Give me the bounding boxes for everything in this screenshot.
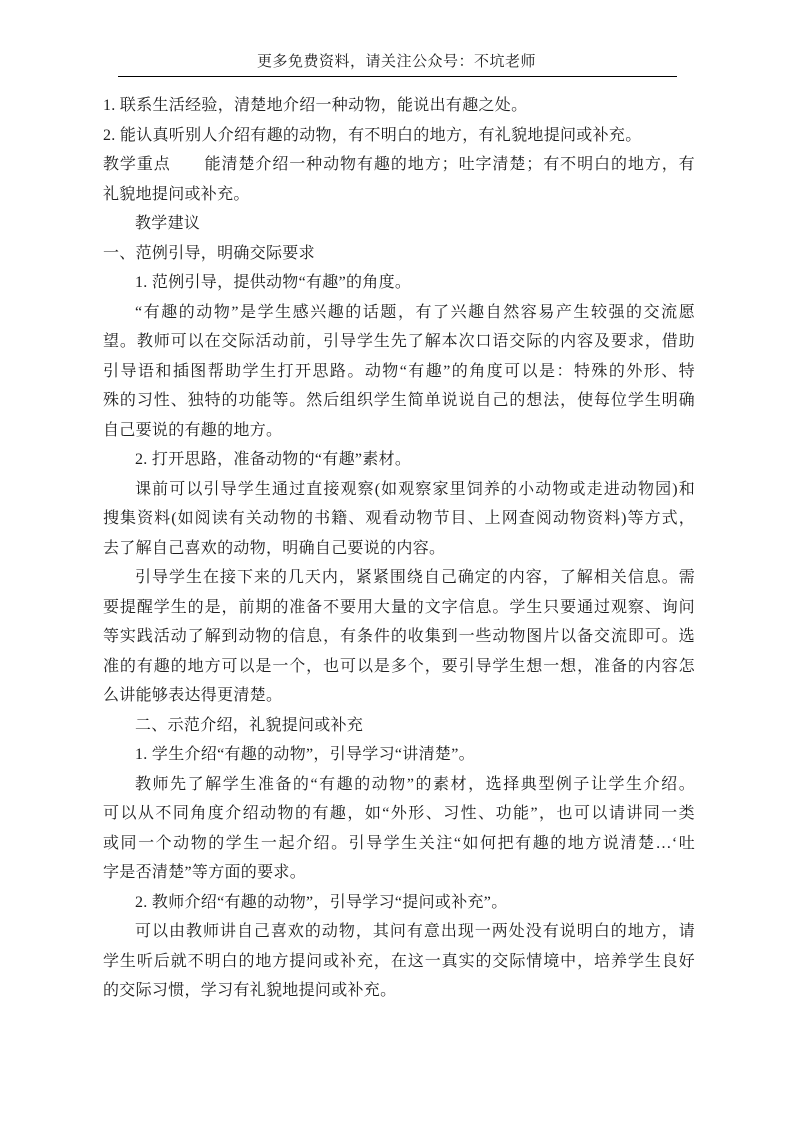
text-line: 课前可以引导学生通过直接观察(如观察家里饲养的小动物或走进动物园)和 (103, 475, 695, 505)
text-line: 1. 学生介绍“有趣的动物”，引导学习“讲清楚”。 (103, 740, 695, 770)
text-line: 去了解自己喜欢的动物，明确自己要说的内容。 (103, 534, 695, 564)
text-line: 引导学生在接下来的几天内，紧紧围绕自己确定的内容，了解相关信息。需 (103, 563, 695, 593)
text-line: 么讲能够表达得更清楚。 (103, 681, 695, 711)
text-line: 可以由教师讲自己喜欢的动物，其问有意出现一两处没有说明白的地方，请 (103, 917, 695, 947)
text-line: 或同一个动物的学生一起介绍。引导学生关注“如何把有趣的地方说清楚…‘吐 (103, 829, 695, 859)
text-line: 教学重点 能清楚介绍一种动物有趣的地方；吐字清楚；有不明白的地方，有 (103, 150, 695, 180)
text-line: 1. 范例引导，提供动物“有趣”的角度。 (103, 268, 695, 298)
text-line: 2. 教师介绍“有趣的动物”，引导学习“提问或补充”。 (103, 888, 695, 918)
text-line: 1. 联系生活经验，清楚地介绍一种动物，能说出有趣之处。 (103, 91, 695, 121)
header-promo-text: 更多免费资料，请关注公众号：不坑老师 (0, 50, 793, 71)
text-line: 2. 打开思路，准备动物的“有趣”素材。 (103, 445, 695, 475)
document-body: 1. 联系生活经验，清楚地介绍一种动物，能说出有趣之处。2. 能认真听别人介绍有… (103, 91, 695, 1006)
text-line: 字是否清楚”等方面的要求。 (103, 858, 695, 888)
text-line: 要提醒学生的是，前期的准备不要用大量的文字信息。学生只要通过观察、询问 (103, 593, 695, 623)
text-line: 殊的习性、独特的功能等。然后组织学生简单说说自己的想法，使每位学生明确 (103, 386, 695, 416)
text-line: 自己要说的有趣的地方。 (103, 416, 695, 446)
text-line: 等实践活动了解到动物的信息，有条件的收集到一些动物图片以备交流即可。选 (103, 622, 695, 652)
text-line: 搜集资料(如阅读有关动物的书籍、观看动物节目、上网查阅动物资料)等方式， (103, 504, 695, 534)
text-line: 礼貌地提问或补充。 (103, 180, 695, 210)
text-line: 望。教师可以在交际活动前，引导学生先了解本次口语交际的内容及要求，借助 (103, 327, 695, 357)
text-line: “有趣的动物”是学生感兴趣的话题，有了兴趣自然容易产生较强的交流愿 (103, 298, 695, 328)
text-line: 引导语和插图帮助学生打开思路。动物“有趣”的角度可以是：特殊的外形、特 (103, 357, 695, 387)
text-line: 一、范例引导，明确交际要求 (103, 239, 695, 269)
document-page: 更多免费资料，请关注公众号：不坑老师 1. 联系生活经验，清楚地介绍一种动物，能… (0, 0, 793, 1122)
text-line: 2. 能认真听别人介绍有趣的动物，有不明白的地方，有礼貌地提问或补充。 (103, 121, 695, 151)
text-line: 准的有趣的地方可以是一个，也可以是多个，要引导学生想一想，准备的内容怎 (103, 652, 695, 682)
text-line: 教师先了解学生准备的“有趣的动物”的素材，选择典型例子让学生介绍。 (103, 770, 695, 800)
text-line: 二、示范介绍，礼貌提问或补充 (103, 711, 695, 741)
text-line: 学生听后就不明白的地方提问或补充，在这一真实的交际情境中，培养学生良好 (103, 947, 695, 977)
text-line: 的交际习惯，学习有礼貌地提问或补充。 (103, 976, 695, 1006)
text-line: 可以从不同角度介绍动物的有趣，如“外形、习性、功能”，也可以请讲同一类 (103, 799, 695, 829)
header-divider-line (118, 76, 677, 77)
text-line: 教学建议 (103, 209, 695, 239)
